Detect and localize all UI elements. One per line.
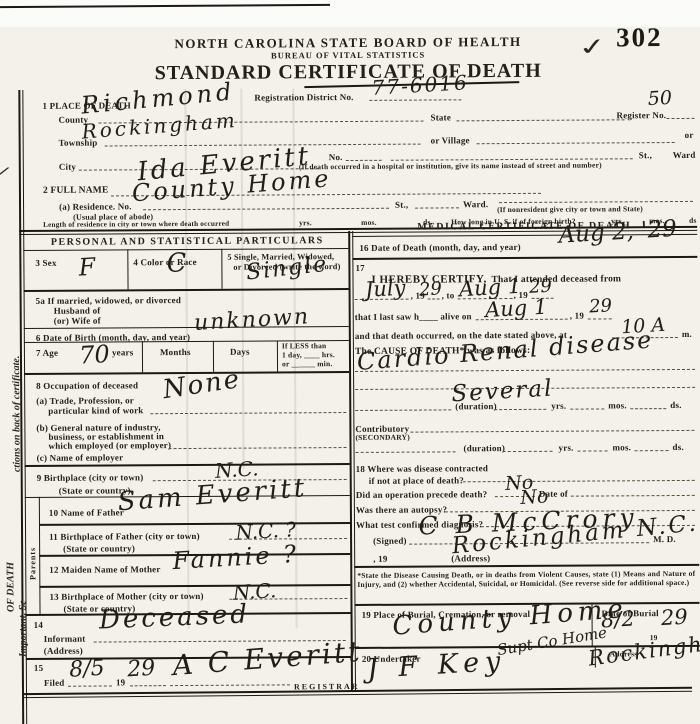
residence-st-label: St., xyxy=(395,200,408,210)
dashed-line xyxy=(415,207,459,208)
certificate-body: OF DEATH Important. Se ctions on back of… xyxy=(0,0,700,724)
dashed-line xyxy=(169,447,347,449)
informant-label: Informant xyxy=(44,634,86,645)
city-no-label: No. xyxy=(329,152,343,162)
filed-label: Filed xyxy=(44,678,65,688)
age-label: 7 Age xyxy=(36,348,58,358)
dashed-line xyxy=(68,685,112,686)
age-handwriting: 70 xyxy=(78,340,110,370)
undertaker-signature-handwriting: J F Key xyxy=(366,646,507,685)
father-name-handwriting: Sam Everitt xyxy=(117,473,309,517)
section-17-no: 17 xyxy=(355,263,364,273)
dashed-line xyxy=(635,450,669,451)
dashed-line xyxy=(588,318,612,319)
attended-from-year-handwriting: 29 xyxy=(418,278,442,300)
less-than-3: or ______ min. xyxy=(282,360,332,369)
rule xyxy=(352,256,697,260)
dashed-line xyxy=(578,450,608,451)
last-saw-handwriting: Aug 1 xyxy=(484,295,547,323)
city-st-label: St., xyxy=(639,150,652,160)
violent-causes-footnote: *State the Disease Causing Death, or in … xyxy=(357,569,695,590)
year-19-label: , 19 xyxy=(373,554,387,564)
mother-birthplace-label: 13 Birthplace of Mother (city or town) xyxy=(49,591,203,602)
father-birthplace-label: 11 Birthplace of Father (city or town) xyxy=(49,531,200,542)
dashed-line xyxy=(667,118,695,119)
informant-handwriting: Deceased xyxy=(98,599,250,635)
informant-no: 14 xyxy=(34,620,43,630)
dashed-line xyxy=(477,142,675,144)
last-saw-label: that I last saw h____ alive on xyxy=(355,311,472,322)
dashed-line xyxy=(150,412,346,414)
secondary-label: (SECONDARY) xyxy=(355,434,409,443)
checkmark-pen: ✓ xyxy=(576,33,610,62)
length-residence-label: Length of residence in city or town wher… xyxy=(43,220,229,229)
yrs-label: yrs. xyxy=(551,401,566,411)
full-name-label: 2 FULL NAME xyxy=(43,185,109,196)
sex-handwriting: F xyxy=(78,253,96,282)
or-village-label: or Village xyxy=(431,135,470,146)
margin-note-instructions: ctions on back of certificate. xyxy=(11,356,23,472)
cell-divider xyxy=(221,249,222,289)
ds-label: ds. xyxy=(670,400,681,410)
dashed-line xyxy=(170,684,290,686)
occupation-handwriting: None xyxy=(161,364,243,405)
yrs-label: yrs. xyxy=(299,219,312,228)
burial-year-handwriting: 29 xyxy=(660,605,688,631)
duration-handwriting: Several xyxy=(451,375,554,407)
signed-label: (Signed) xyxy=(373,536,407,547)
date-of-death-label: 16 Date of Death (month, day, and year) xyxy=(359,242,521,253)
dashed-line xyxy=(130,685,166,686)
cell-divider xyxy=(277,340,278,371)
date-of-death-handwriting: Aug 2, '29 xyxy=(558,216,678,249)
registration-district-handwriting: 77-6016 xyxy=(371,70,469,100)
father-name-label: 10 Name of Father xyxy=(49,507,124,518)
or-label: or xyxy=(685,130,694,140)
nonresident-note: (If nonresident give city or town and St… xyxy=(497,205,643,215)
dashed-line xyxy=(494,409,546,410)
race-handwriting: C xyxy=(166,248,188,279)
personal-section-title: PERSONAL AND STATISTICAL PARTICULARS xyxy=(27,235,347,248)
filed-19-label: 19 xyxy=(116,677,125,687)
register-no-label: Register No. xyxy=(616,110,666,121)
residence-ward-label: Ward. xyxy=(463,199,488,209)
birthplace-label: 9 Birthplace (city or town) xyxy=(37,472,144,483)
dashed-line xyxy=(410,430,694,433)
residence-label: (a) Residence. No. xyxy=(59,201,132,212)
dashed-line xyxy=(630,408,666,409)
color-race-label: 4 Color or Race xyxy=(133,257,196,268)
informant-address-label: (Address) xyxy=(44,646,83,657)
rule xyxy=(39,584,350,587)
cell-divider xyxy=(142,341,143,372)
dashed-line xyxy=(457,119,625,121)
last-saw-year-handwriting: 29 xyxy=(589,295,613,317)
city-label: City xyxy=(59,162,76,172)
age-months-label: Months xyxy=(160,347,191,358)
dashed-line xyxy=(355,409,451,411)
dashed-line xyxy=(570,408,604,409)
occupation-b3: which employed (or employer) xyxy=(48,440,171,451)
hospital-note: (If death occurred in a hospital or inst… xyxy=(299,161,695,172)
married-note-1: 5a If married, widowed, or divorced xyxy=(36,295,181,306)
age-days-label: Days xyxy=(230,347,250,357)
dashed-line xyxy=(143,208,389,211)
dashed-line xyxy=(499,201,693,203)
margin-note-important: Important. Se xyxy=(17,600,28,657)
sex-label: 3 Sex xyxy=(35,258,56,268)
occupation-c: (c) Name of employer xyxy=(37,452,124,463)
m-label: m. xyxy=(682,329,692,339)
cell-divider xyxy=(127,249,128,289)
filed-date-handwriting: 8/5 xyxy=(68,656,105,683)
dashed-line xyxy=(346,160,382,161)
occupation-label: 8 Occupation of deceased xyxy=(36,380,138,391)
register-no-handwriting: 50 xyxy=(647,87,672,110)
yrs-label: yrs. xyxy=(558,443,573,453)
rule xyxy=(39,522,350,525)
rule xyxy=(354,564,699,568)
where-contracted-label-1: 18 Where was disease contracted xyxy=(356,463,488,474)
parents-vertical-label: Parents xyxy=(28,547,37,580)
certificate-number-stamp: 302 xyxy=(616,22,663,53)
age-years-label: years xyxy=(112,347,134,357)
dashed-line xyxy=(369,99,461,101)
mother-maiden-label: 12 Maiden Name of Mother xyxy=(49,564,160,575)
city-ward-label: Ward xyxy=(673,150,696,160)
filed-year-handwriting: 29 xyxy=(126,656,155,683)
ds-label: ds. xyxy=(672,442,683,452)
father-birthplace-sub: (State or country) xyxy=(63,543,135,554)
operation-label: Did an operation precede death? xyxy=(356,489,488,500)
mos-label: mos. xyxy=(612,442,631,452)
dashed-line xyxy=(356,451,456,453)
dashed-line xyxy=(503,451,553,452)
duration-label: (duration) xyxy=(463,443,505,454)
mos-label: mos. xyxy=(608,400,627,410)
comma-19: , 19 xyxy=(570,311,584,321)
margin-note-of-death: OF DEATH xyxy=(5,562,16,612)
dashed-line xyxy=(571,495,695,497)
to-label: , to xyxy=(442,290,455,300)
stray-pen-mark: ⁄ xyxy=(0,163,4,188)
state-label: State xyxy=(430,112,451,122)
dashed-line xyxy=(463,480,695,482)
mother-maiden-handwriting: Fannie ? xyxy=(172,540,300,575)
attended-from-handwriting: July xyxy=(364,276,406,302)
married-note-2: Husband of xyxy=(54,306,101,317)
where-contracted-label-2: if not at place of death? xyxy=(369,475,464,486)
married-note-3: (or) Wife of xyxy=(54,316,101,327)
registration-district-label: Registration District No. xyxy=(254,92,353,103)
occupation-a2: particular kind of work xyxy=(48,405,143,416)
filed-no: 15 xyxy=(34,663,43,673)
scanned-death-certificate: OF DEATH Important. Se ctions on back of… xyxy=(0,0,700,724)
